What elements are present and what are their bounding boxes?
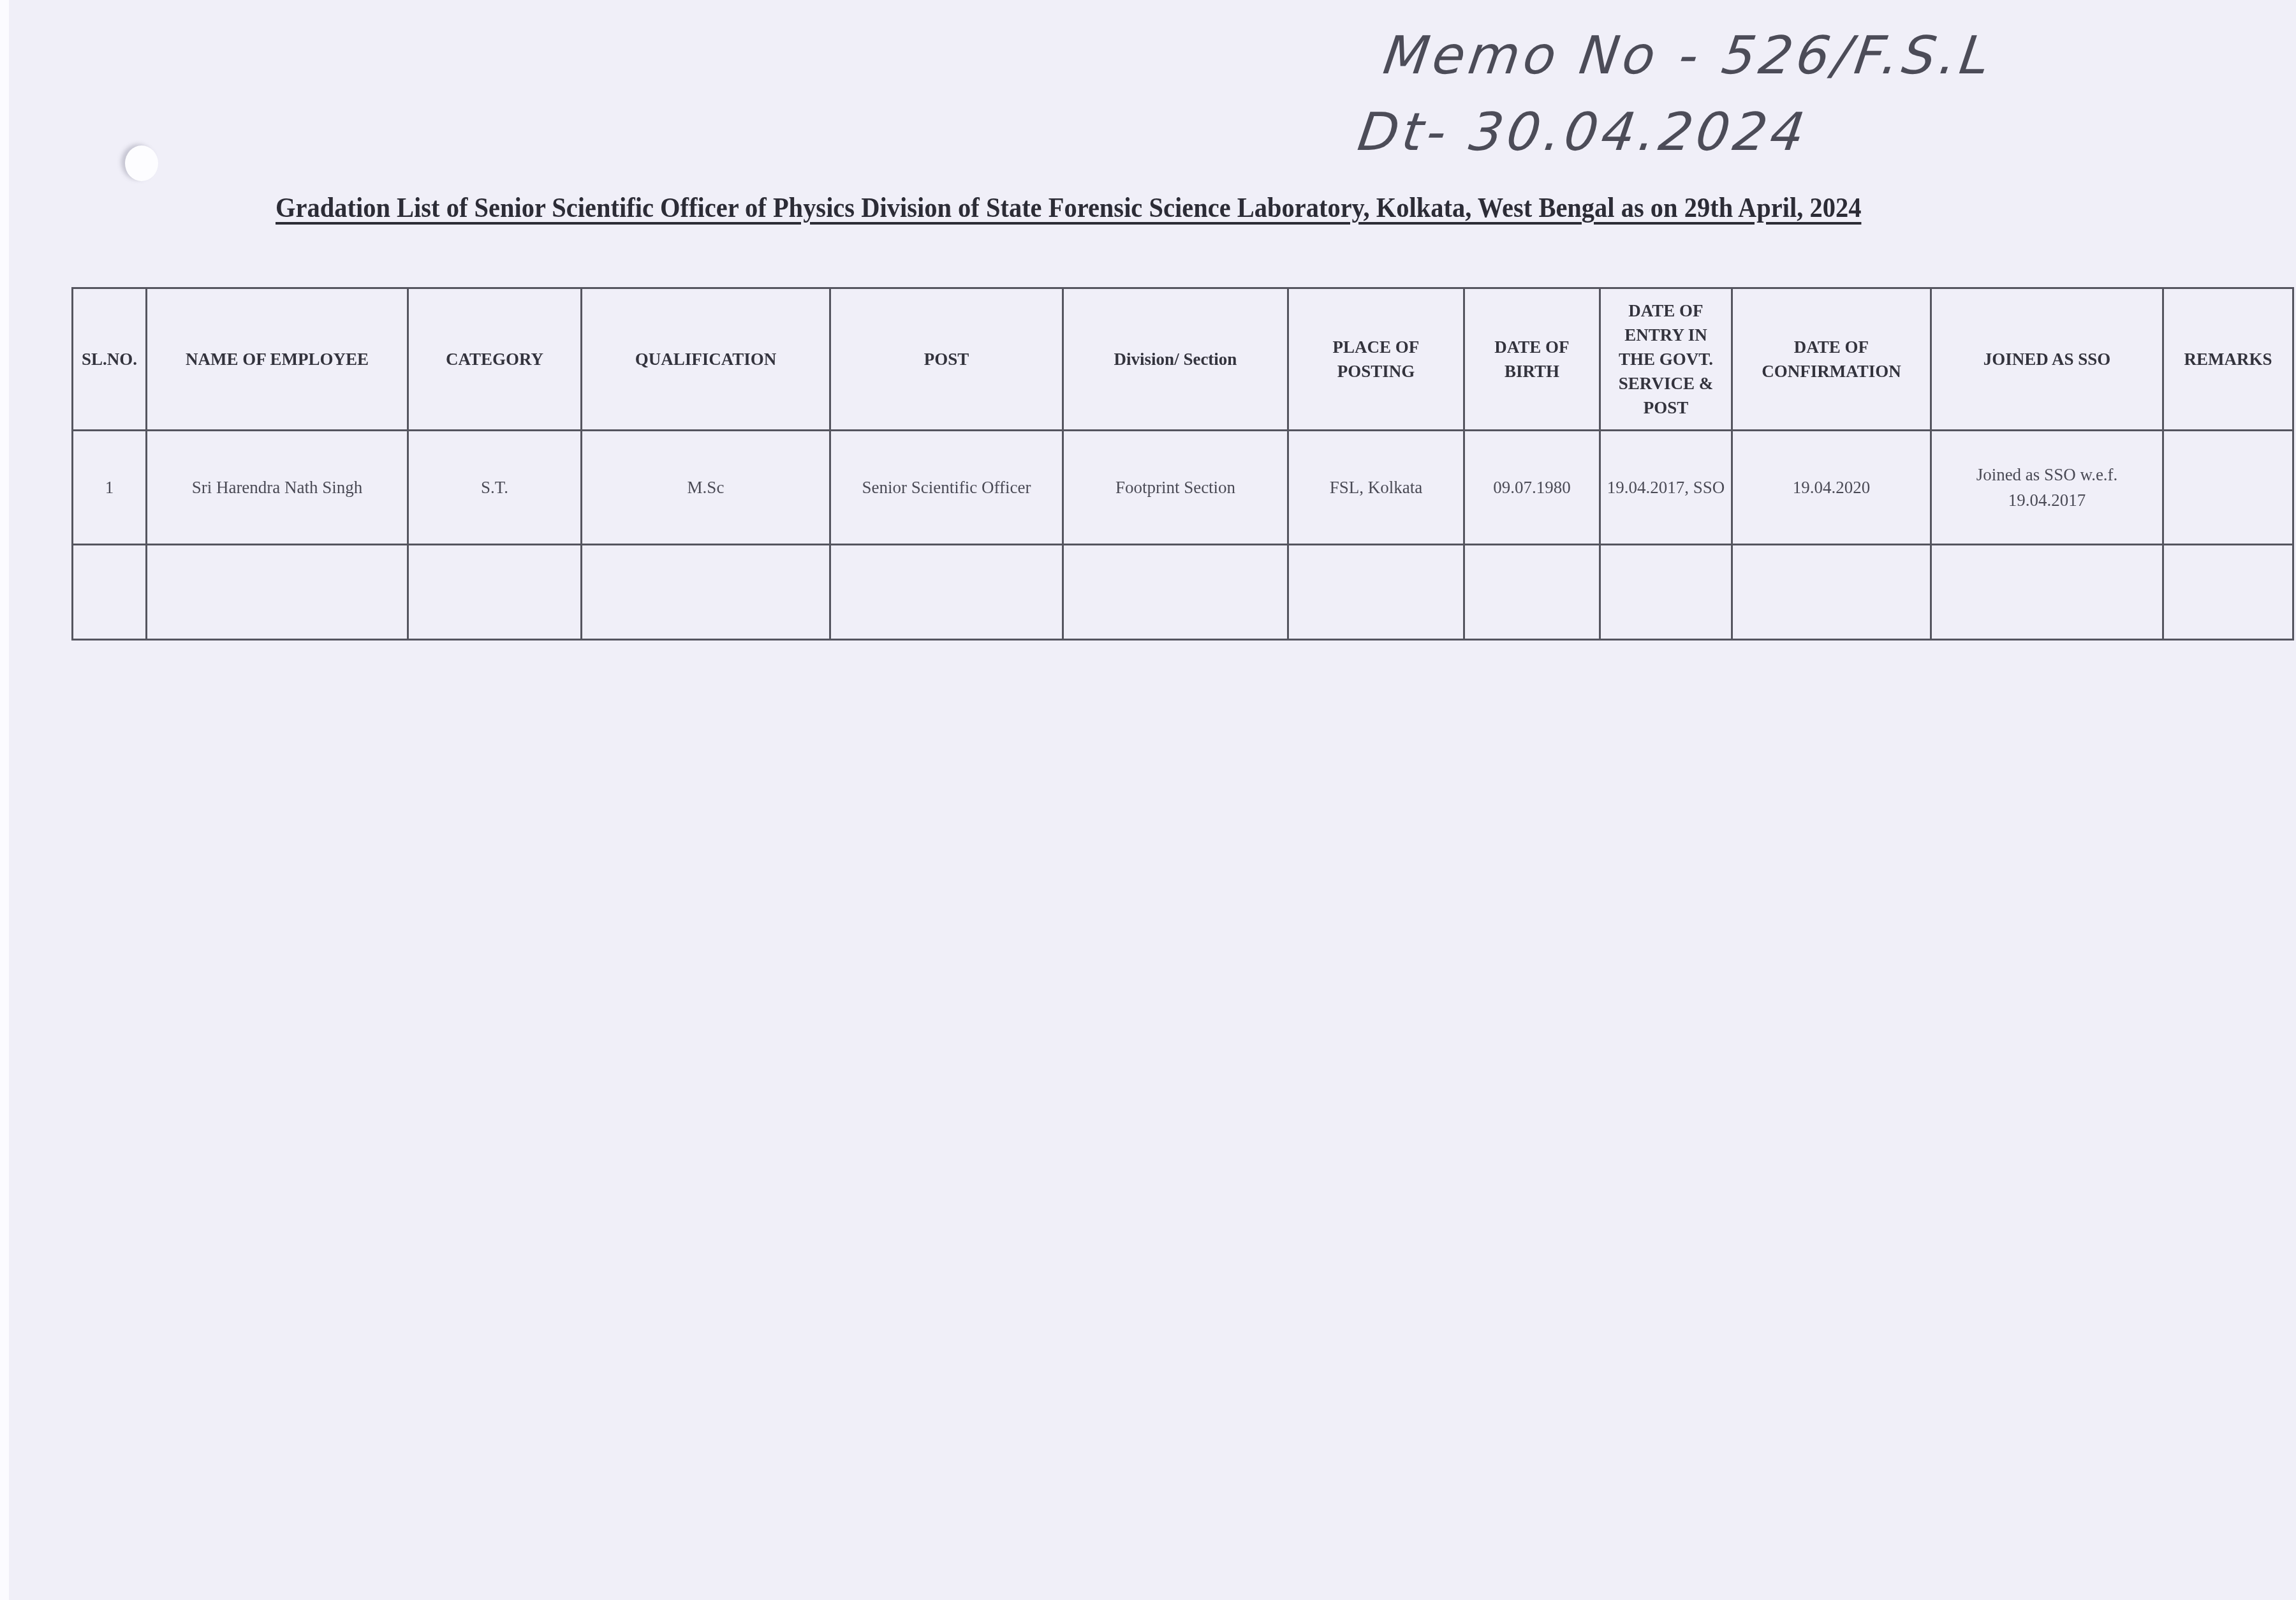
header-remarks: REMARKS (2163, 288, 2293, 431)
header-date-of-birth: DATE OF BIRTH (1464, 288, 1600, 431)
empty-cell (73, 545, 147, 640)
cell-joined-as-sso: Joined as SSO w.e.f. 19.04.2017 (1931, 431, 2163, 545)
header-joined-as-sso: JOINED AS SSO (1931, 288, 2163, 431)
header-qualification: QUALIFICATION (582, 288, 830, 431)
memo-number-handwritten: Memo No - 526/F.S.L (1380, 26, 1997, 86)
cell-remarks (2163, 431, 2293, 545)
header-date-of-confirmation: DATE OF CONFIRMATION (1732, 288, 1931, 431)
empty-cell (1288, 545, 1464, 640)
cell-place-of-posting: FSL, Kolkata (1288, 431, 1464, 545)
empty-cell (830, 545, 1063, 640)
cell-date-of-confirmation: 19.04.2020 (1732, 431, 1931, 545)
empty-cell (582, 545, 830, 640)
header-date-of-entry: DATE OF ENTRY IN THE GOVT. SERVICE & POS… (1600, 288, 1732, 431)
cell-qualification: M.Sc (582, 431, 830, 545)
empty-cell (2163, 545, 2293, 640)
cell-post: Senior Scientific Officer (830, 431, 1063, 545)
document-title: Gradation List of Senior Scientific Offi… (276, 191, 1942, 224)
page-edge (0, 0, 9, 1600)
cell-name: Sri Harendra Nath Singh (147, 431, 408, 545)
empty-cell (147, 545, 408, 640)
header-name-of-employee: NAME OF EMPLOYEE (147, 288, 408, 431)
memo-date-handwritten: Dt- 30.04.2024 (1354, 102, 1812, 163)
empty-cell (1464, 545, 1600, 640)
empty-cell (1600, 545, 1732, 640)
header-division-section: Division/ Section (1063, 288, 1288, 431)
cell-sl-no: 1 (73, 431, 147, 545)
table-row-empty (73, 545, 2293, 640)
gradation-table: SL.NO. NAME OF EMPLOYEE CATEGORY QUALIFI… (71, 287, 2294, 641)
header-sl-no: SL.NO. (73, 288, 147, 431)
empty-cell (1732, 545, 1931, 640)
table-header-row: SL.NO. NAME OF EMPLOYEE CATEGORY QUALIFI… (73, 288, 2293, 431)
empty-cell (408, 545, 582, 640)
punch-hole-mark (125, 145, 158, 181)
header-category: CATEGORY (408, 288, 582, 431)
cell-date-of-birth: 09.07.1980 (1464, 431, 1600, 545)
cell-date-of-entry: 19.04.2017, SSO (1600, 431, 1732, 545)
empty-cell (1063, 545, 1288, 640)
header-post: POST (830, 288, 1063, 431)
empty-cell (1931, 545, 2163, 640)
cell-division-section: Footprint Section (1063, 431, 1288, 545)
cell-category: S.T. (408, 431, 582, 545)
header-place-of-posting: PLACE OF POSTING (1288, 288, 1464, 431)
table-row: 1 Sri Harendra Nath Singh S.T. M.Sc Seni… (73, 431, 2293, 545)
